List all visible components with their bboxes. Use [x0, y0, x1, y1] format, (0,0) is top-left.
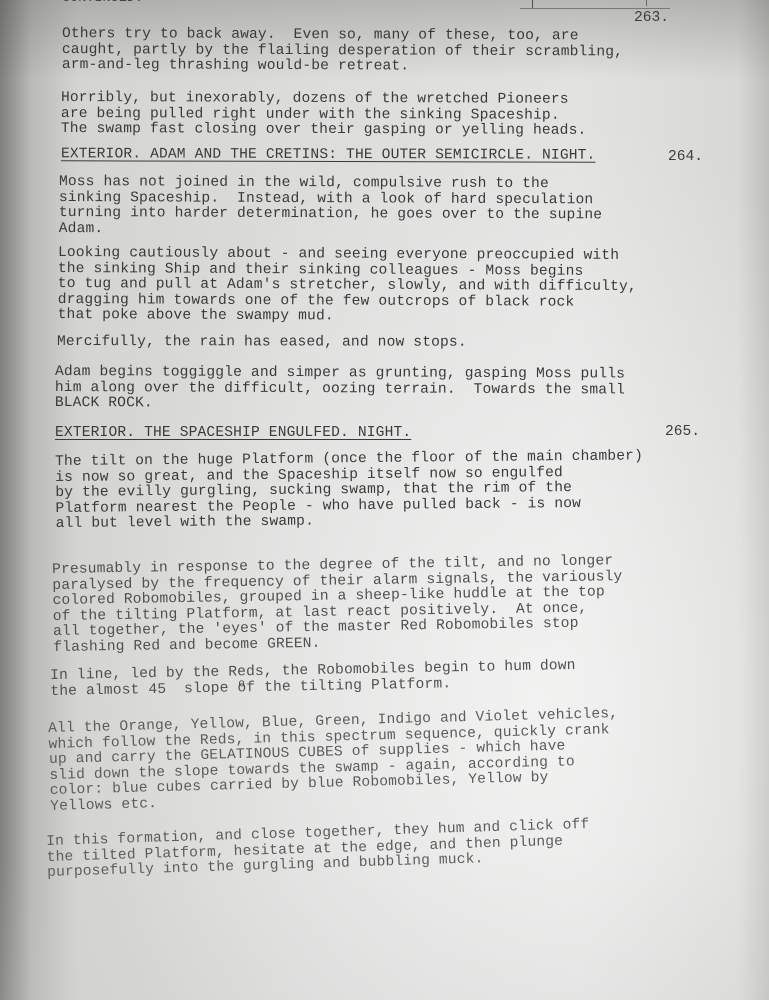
- paragraph: Others try to back away. Even so, many o…: [62, 27, 623, 76]
- scene-heading-264: EXTERIOR. ADAM AND THE CRETINS: THE OUTE…: [61, 147, 596, 164]
- scene-number-264: 264.: [668, 149, 703, 165]
- previous-page-edge: [520, 0, 670, 9]
- paragraph: Presumably in response to the degree of …: [52, 554, 623, 657]
- paragraph: The tilt on the huge Platform (once the …: [55, 449, 644, 533]
- paragraph: Moss has not joined in the wild, compuls…: [59, 175, 603, 240]
- degree-mark: o: [238, 677, 245, 693]
- scene-heading-265: EXTERIOR. THE SPACESHIP ENGULFED. NIGHT.: [55, 426, 411, 442]
- paragraph: All the Orange, Yellow, Blue, Green, Ind…: [48, 707, 620, 815]
- paragraph: In line, led by the Reds, the Robomobile…: [50, 659, 576, 700]
- paragraph: In this formation, and close together, t…: [46, 818, 591, 882]
- scene-number-265: 265.: [665, 424, 700, 440]
- continued-label: CONTINUED.: [62, 0, 143, 6]
- paragraph: Mercifully, the rain has eased, and now …: [57, 335, 467, 351]
- paragraph: Adam begins toggiggle and simper as grun…: [55, 365, 625, 414]
- scene-number-263: 263.: [634, 10, 669, 26]
- paragraph: Looking cautiously about - and seeing ev…: [58, 246, 637, 327]
- script-page: CONTINUED. 263. EXTERIOR. ADAM AND THE C…: [0, 0, 769, 1000]
- paragraph: Horribly, but inexorably, dozens of the …: [61, 91, 587, 140]
